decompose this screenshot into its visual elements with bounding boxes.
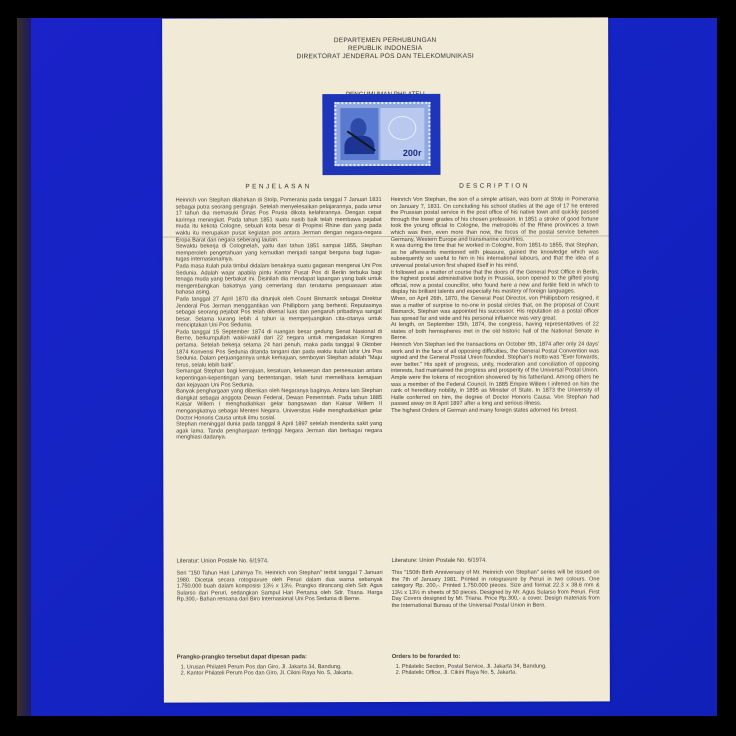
paragraph: Pada masa itulah pula timbul didalam ben… <box>176 263 382 297</box>
upu-emblem-panel: 200r <box>380 108 424 160</box>
header-line-3: DIREKTORAT JENDERAL POS DAN TELEKOMUNIKA… <box>162 52 608 61</box>
stamp-image: 200r <box>334 102 430 166</box>
order-address: Kantor Philateli Perum Pos dan Giro, Jl.… <box>187 670 383 677</box>
right-order-info: Orders to be forarded to: Philatelic Sec… <box>392 653 600 676</box>
paragraph: Pada tanggal 27 April 1870 dia ditunjuk … <box>176 296 382 330</box>
portrait-icon <box>340 108 378 160</box>
right-issue-details: This "150th Birth Anniversary of Mr. Hei… <box>392 569 600 609</box>
left-issue-details: Seri "150 Tahun Hari Lahirnya Tn. Heinri… <box>177 570 383 604</box>
paragraph: It was during the time that he worked in… <box>391 243 599 270</box>
orders-heading: Orders to be forarded to: <box>392 653 600 660</box>
paragraph: Ample were the tokens of recognition sho… <box>391 374 599 408</box>
order-address: Philatelic Office, Jl. Cikini Raya No. 5… <box>402 670 600 677</box>
paragraph: Heinrich Von Stephan, the son of a simpl… <box>391 196 599 243</box>
right-column-title: DESCRIPTION <box>391 182 599 190</box>
issuer-header: DEPARTEMEN PERHUBUNGAN REPUBLIK INDONESI… <box>162 36 608 61</box>
right-literature: Literature: Union Postale No. 6/1974. <box>392 557 600 564</box>
orders-heading: Prangko-prangko tersebut dapat dipesan p… <box>177 654 383 661</box>
paragraph: Semangat Stephan bagi kemajuan, kesatuan… <box>176 368 382 388</box>
left-literature: Literatur: Union Postale No. 6/1974. <box>177 558 383 565</box>
backdrop-edge <box>17 18 31 716</box>
paragraph: Banyak penghargaan yang diberikan oleh N… <box>176 388 382 422</box>
paragraph: When, on April 26th, 1870, the General P… <box>391 295 599 322</box>
indonesian-explanation: Heinrich von Stephan dilahirkan di Stolp… <box>176 197 383 442</box>
philatelic-announcement-sheet: DEPARTEMEN PERHUBUNGAN REPUBLIK INDONESI… <box>162 17 610 702</box>
globe-icon <box>388 116 416 140</box>
english-description: Heinrich Von Stephan, the son of a simpl… <box>391 196 600 414</box>
stamp-value: 200r <box>403 148 422 158</box>
left-column-title: PENJELASAN <box>176 183 382 191</box>
paragraph: It followed as a matter of course that t… <box>391 269 599 296</box>
paragraph: Sewaktu bekerja di Colognelah, yaitu dar… <box>176 243 382 263</box>
paragraph: Heinrich von Stephan dilahirkan di Stolp… <box>176 197 382 244</box>
paragraph: Stephan meninggal dunia pada tanggal 8 A… <box>176 421 382 441</box>
left-order-info: Prangko-prangko tersebut dapat dipesan p… <box>177 654 383 677</box>
paragraph: The highest Orders of German and many fo… <box>391 407 599 414</box>
paragraph: At length, on September 15th, 1874, the … <box>391 322 599 342</box>
paragraph: Pada tanggal 15 September 1874 di ruanga… <box>176 329 382 369</box>
paragraph: Heinrich Von Stephan led the transaction… <box>391 342 599 376</box>
stamp-image-frame: 200r <box>322 94 440 175</box>
